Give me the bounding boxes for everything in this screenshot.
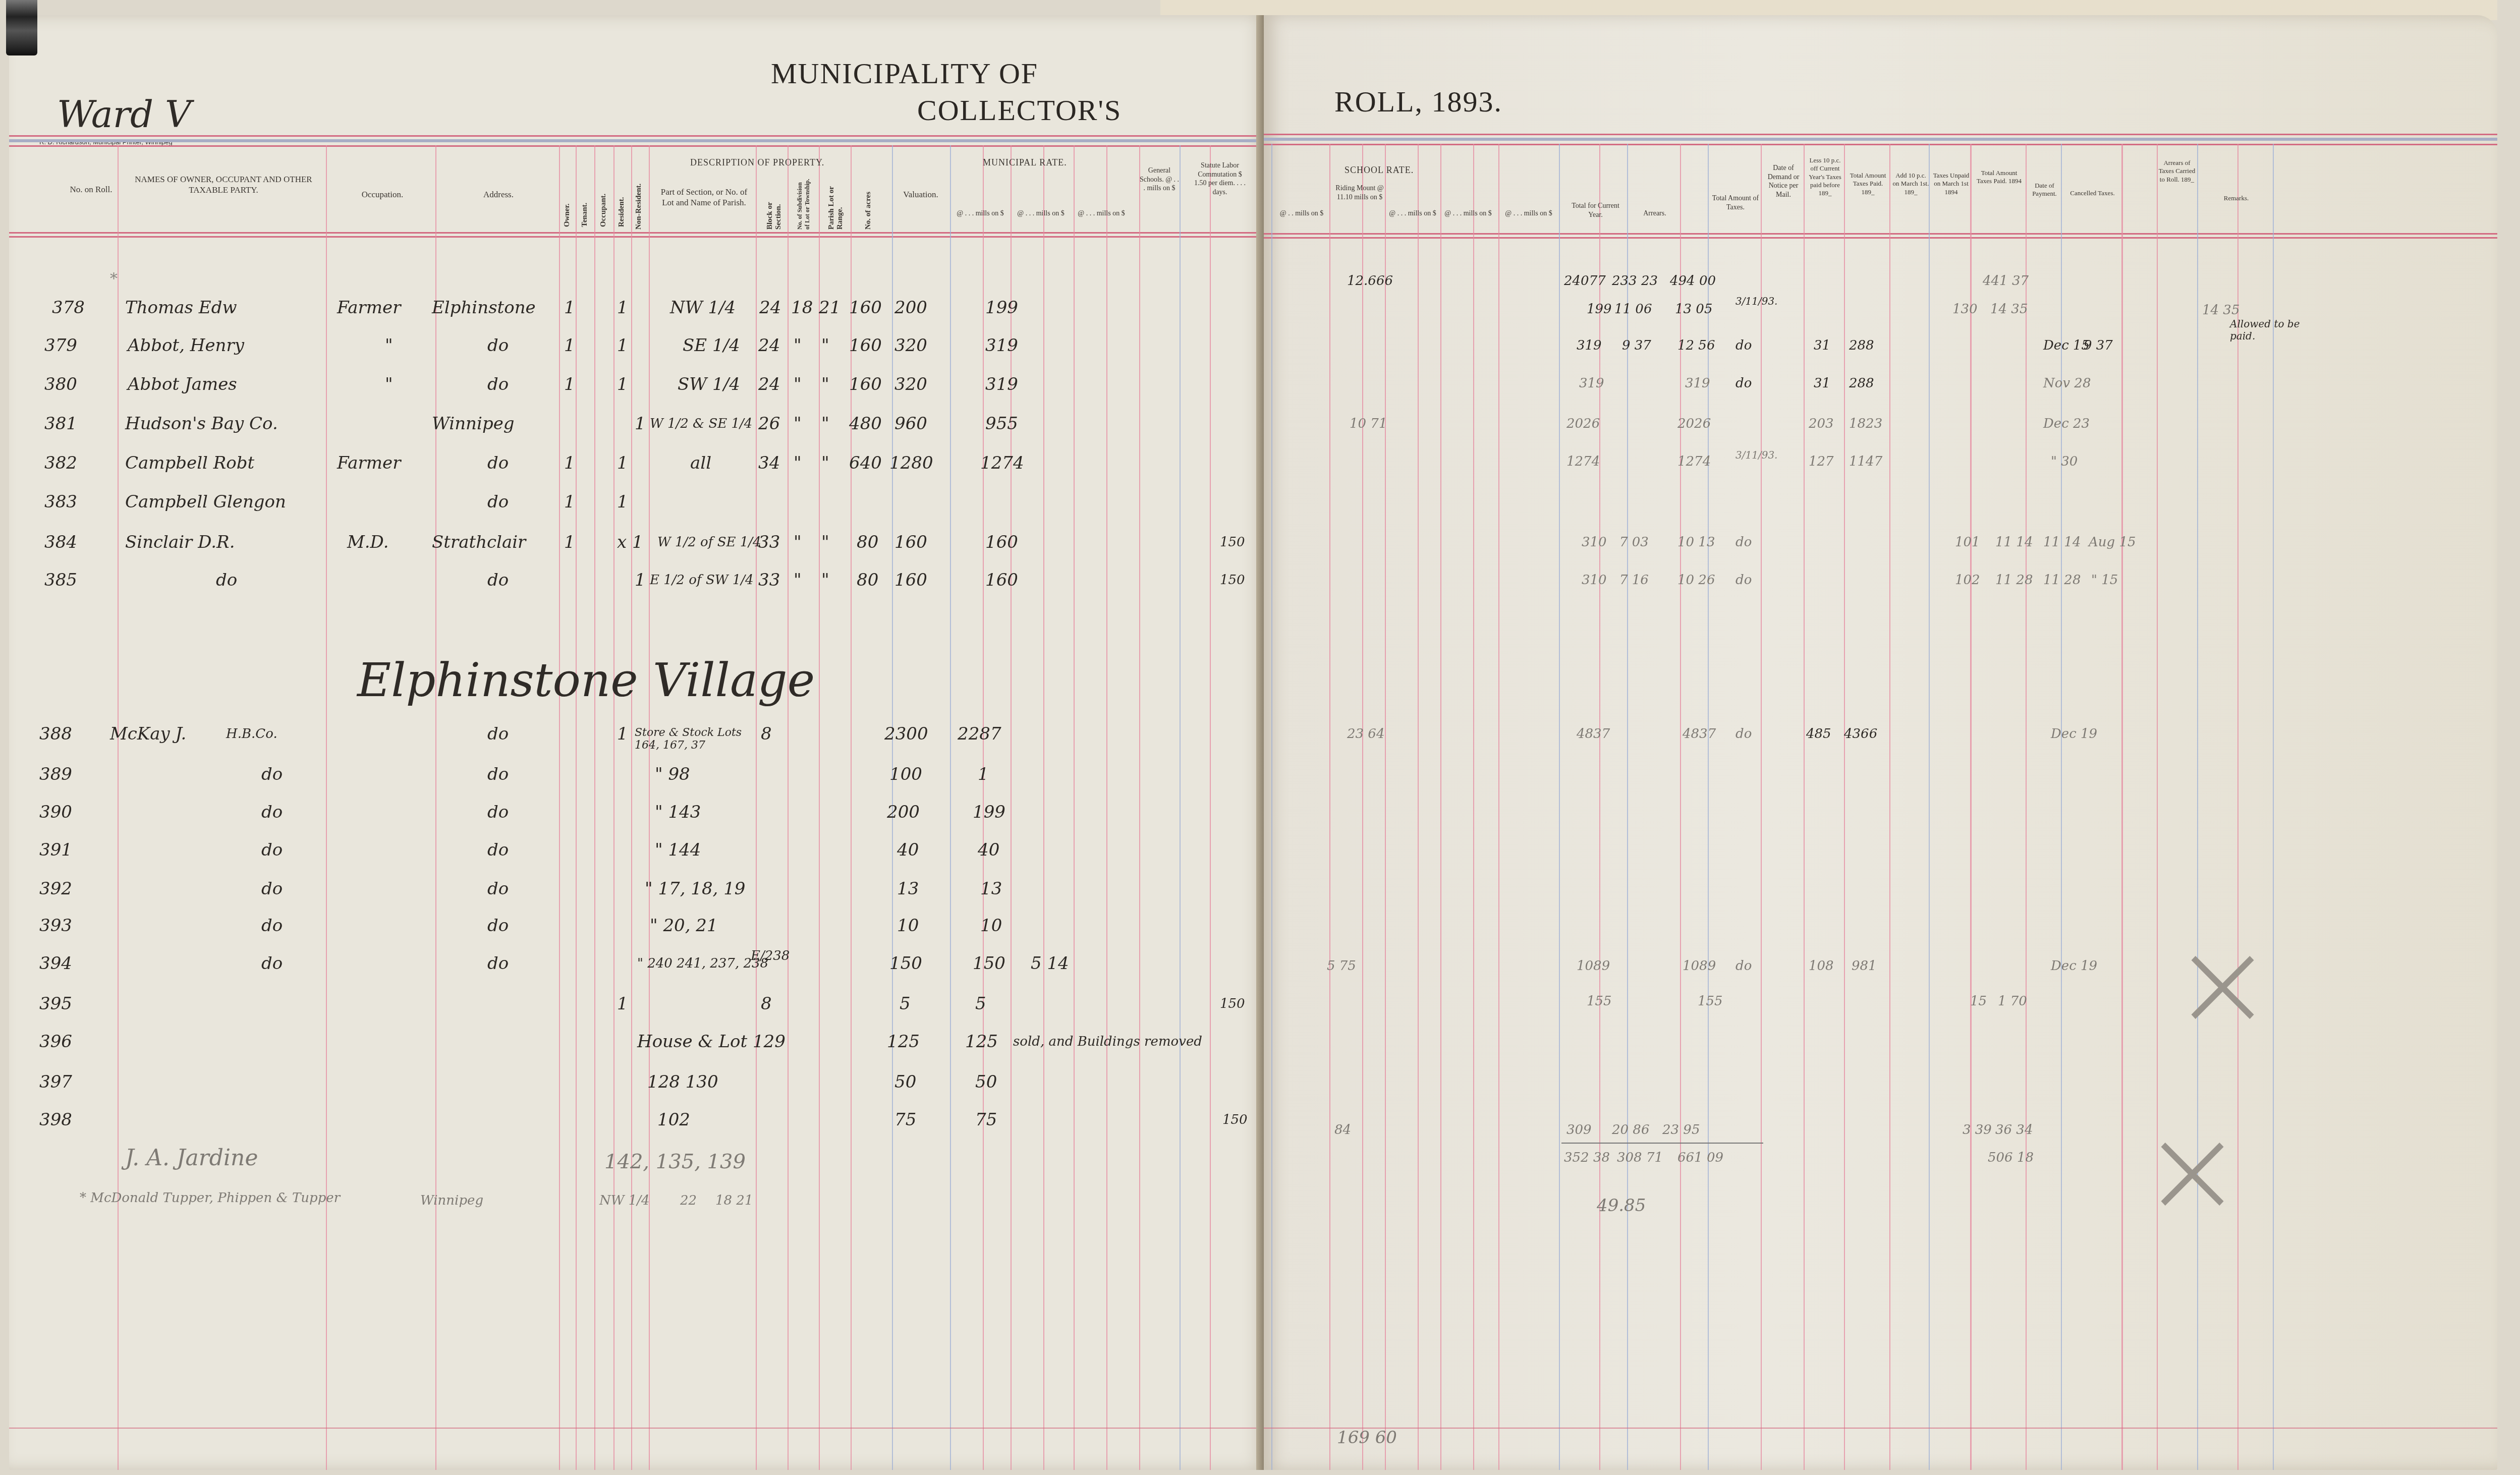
col-arrears: Arrears. [1630,209,1680,218]
col-remarks: Remarks. [2200,194,2273,202]
row-occupation: Farmer [337,298,401,318]
row-unpaid-b: 36 34 [1995,1122,2033,1138]
row-total-current: 4837 [1577,726,1610,742]
row-muni: 955 [985,414,1018,434]
row-total-taxes: 319 [1685,376,1710,391]
row-address: do [487,953,509,974]
col-tenant: Tenant. [581,177,589,227]
col-statute-labor: Statute Labor Commutation $ 1.50 per die… [1192,161,1248,197]
row-school-rate: 23 64 [1347,726,1384,742]
row-demand: do [1735,338,1752,353]
row-occupation: do [261,953,283,974]
row-muni: 13 [980,879,1002,899]
row-part: W 1/2 of SE 1/4 [657,535,761,550]
right-column-grid [1264,144,2497,1470]
row-address: do [487,492,509,512]
row-demand: 3/11/93. [1735,449,1777,461]
row-less: 203 [1809,416,1834,431]
row-address: do [487,453,509,473]
row-muni: 160 [985,570,1018,590]
row-valuation: 160 [894,532,927,552]
row-owner: 1 [564,492,575,512]
row-total-taxes: 494 00 [1670,273,1716,289]
row-block: 34 [758,453,780,473]
bottom-rule [1264,1428,2497,1429]
row-owner: 1 [564,453,575,473]
row-address: Strathclair [432,532,526,552]
row-acres: 160 [849,335,882,356]
ward-label: Ward V [57,93,191,136]
row-demand: do [1735,573,1752,588]
row-no: 396 [39,1032,72,1052]
col-occupation: Occupation. [337,189,428,200]
row-valuation: 150 [889,953,922,974]
pencil-footnote-address: Winnipeg [420,1193,483,1208]
row-muni: 319 [985,335,1018,356]
row-total-paid: 11 28 [2043,573,2081,588]
row-arrears: 11 06 [1614,302,1652,317]
row-total-taxes: 2026 [1677,416,1711,431]
row-part: 128 130 [647,1072,718,1092]
row-total-taxes: 23 95 [1662,1122,1700,1138]
row-sub: " [794,570,802,590]
row-no: 397 [39,1072,72,1092]
row-no: 383 [44,492,77,512]
pencil-name-note: J. A. Jardine [125,1145,258,1171]
row-part: all [690,453,711,473]
row-address: do [487,840,509,860]
row-demand: do [1735,376,1752,391]
row-name: Hudson's Bay Co. [125,414,278,434]
row-name: Campbell Glengon [125,492,286,512]
col-date-of-demand: Date of Demand or Notice per Mail. [1763,164,1804,199]
row-part: W 1/2 & SE 1/4 [650,416,752,431]
row-block: 33 [758,532,780,552]
row-unpaid: 441 37 [1983,273,2029,289]
col-total-current-year: Total for Current Year. [1564,202,1627,219]
row-no: 388 [39,724,72,744]
row-total-current: 310 [1582,535,1607,550]
row-no: 384 [44,532,77,552]
row-no: 382 [44,453,77,473]
row-date-payment: Dec 15 [2043,338,2090,353]
row-no: 392 [39,879,72,899]
row-occupation: do [261,916,283,936]
bottom-rule [9,1428,1266,1429]
col-taxes-unpaid: Taxes Unpaid on March 1st 1894 [1932,172,1970,196]
row-muni: 199 [973,802,1005,822]
row-paid: 288 [1849,338,1874,353]
row-muni: 75 [975,1110,997,1130]
row-no: 378 [52,298,85,318]
row-total-current: 24077 [1564,273,1606,289]
row-address: do [487,570,509,590]
row-less: 108 [1809,958,1834,974]
row-sub: " [794,414,802,434]
row-resident: 1 [635,570,646,590]
row-part: " 17, 18, 19 [645,879,745,899]
row-muni: 2287 [958,724,1001,744]
row-total-current: 199 [1587,302,1612,317]
row-resident: 1 [635,414,646,434]
row-paid: 1147 [1849,454,1882,469]
row-less: 31 [1814,376,1830,391]
pencil-lot-note: 142, 135, 139 [604,1150,746,1173]
row-demand: do [1735,958,1752,974]
row-block: 24 [758,374,780,394]
row-occupation: Farmer [337,453,401,473]
pencil-footnote-block: 22 [680,1193,697,1208]
row-valuation: 960 [894,414,927,434]
row-muni: 50 [975,1072,997,1092]
row-demand: do [1735,726,1752,742]
col-block: Block or Section. [766,182,783,230]
total-unpaid: 506 18 [1988,1150,2034,1165]
title-collectors: COLLECTOR'S [917,93,1122,127]
row-occupation: M.D. [347,532,388,552]
row-valuation: 200 [887,802,920,822]
row-valuation: 5 [900,994,911,1014]
row-no: 394 [39,953,72,974]
row-total-taxes: 13 05 [1675,302,1712,317]
row-school-rate: 12.666 [1347,273,1393,289]
row-valuation: 200 [894,298,927,318]
row-statute: 150 [1220,996,1245,1011]
row-occupation: " [385,374,393,394]
row-total-taxes: 4837 [1683,726,1716,742]
row-muni: 10 [980,916,1002,936]
row-occupation: do [261,802,283,822]
row-total-current: 310 [1582,573,1607,588]
pencil-footnote-sub: 18 21 [715,1193,753,1208]
row-extra: 5 14 [1031,953,1069,974]
row-total-taxes: 1089 [1683,958,1716,974]
row-name: Campbell Robt [125,453,254,473]
section-description: DESCRIPTION OF PROPERTY. [690,157,824,168]
row-muni: 150 [973,953,1005,974]
total-arrears: 308 71 [1617,1150,1663,1165]
row-paid: 1823 [1849,416,1882,431]
row-address: Winnipeg [432,414,515,434]
row-resident: 1 [617,492,628,512]
col-address: Address. [448,189,549,200]
row-owner: 1 [564,374,575,394]
row-acres: 80 [857,570,878,590]
row-address: do [487,374,509,394]
row-muni: 199 [985,298,1018,318]
pencil-x-mark: × [2172,913,2273,1054]
col-muni-rate-3: @ . . . mills on $ [1076,209,1127,218]
total-taxes: 661 09 [1677,1150,1723,1165]
row-unpaid: 1 70 [1998,994,2027,1009]
col-total-amount-taxes-paid: Total Amount Taxes Paid. 1894 [1975,169,2023,186]
col-total-amount-paid: Total Amount Taxes Paid. 189_ [1846,172,1889,196]
col-arrears-carried: Arrears of Taxes Carried to Roll. 189_ [2157,159,2197,184]
row-part: House & Lot 129 [637,1032,786,1052]
row-total-current: 309 [1566,1122,1592,1138]
row-remarks: Allowed to be paid. [2230,318,2321,342]
row-part: SE 1/4 [683,335,740,356]
row-range: " [821,374,829,394]
header-rule-top [9,135,1266,137]
row-block: 8 [761,724,772,744]
section-school-rate: SCHOOL RATE. [1345,165,1414,176]
col-subdivision: No. of Subdivision of Lot or Township. [796,177,811,230]
col-total-amount-taxes: Total Amount of Taxes. [1710,194,1761,212]
row-arrears: 20 86 [1612,1122,1649,1138]
row-sub: " [794,374,802,394]
col-muni-rate-1: @ . . . mills on $ [955,209,1005,218]
row-note: sold, and Buildings removed [1013,1034,1202,1049]
row-name: Abbot, Henry [128,335,244,356]
row-total-current: 2026 [1566,416,1600,431]
row-valuation: 2300 [884,724,928,744]
row-valuation: 75 [894,1110,916,1130]
row-arrears: 233 23 [1612,273,1658,289]
col-parish-lot: Parish Lot or Range. [827,177,845,230]
row-arrears: 7 16 [1619,573,1649,588]
row-unpaid: 14 35 [1990,302,2028,317]
row-acres: 160 [849,298,882,318]
row-total-paid: 11 14 [2043,535,2081,550]
row-less: 127 [1809,454,1834,469]
total-current: 352 38 [1564,1150,1610,1165]
row-part: SW 1/4 [678,374,740,394]
row-paid: 4366 [1844,726,1877,742]
row-no: 379 [44,335,77,356]
row-no: 389 [39,764,72,784]
row-block: 8 [761,994,772,1014]
row-date-payment: Dec 19 [2051,726,2097,742]
row-part: 102 [657,1110,690,1130]
row-occupation: " [385,335,393,356]
row-sub: " [794,532,802,552]
col-less-10pc: Less 10 p.c. off Current Year's Taxes pa… [1806,156,1844,197]
row-muni: 319 [985,374,1018,394]
section-municipal-rate: MUNICIPAL RATE. [983,157,1067,168]
row-valuation: 1280 [889,453,933,473]
row-no: 390 [39,802,72,822]
row-name: do [216,570,237,590]
row-owner: 1 [564,335,575,356]
row-address: do [487,335,509,356]
row-paid: 981 [1852,958,1877,974]
row-no: 381 [44,414,77,434]
row-range: " [821,414,829,434]
pencil-footnote: * McDonald Tupper, Phippen & Tupper [80,1190,340,1206]
row-range: " [821,453,829,473]
row-part: " 143 [655,802,701,822]
row-unpaid-a: 3 39 [1963,1122,1992,1138]
row-resident: x 1 [617,532,643,552]
total-note: 49.85 [1597,1196,1646,1216]
row-part: " 98 [655,764,690,784]
header-rule-blue [9,139,1266,142]
row-address: Elphinstone [432,298,536,318]
row-address: do [487,802,509,822]
row-acres: 160 [849,374,882,394]
row-no: 398 [39,1110,72,1130]
row-total-taxes: 155 [1698,994,1723,1009]
row-no: 385 [44,570,77,590]
page-bottom-total: 169 60 [1337,1428,1397,1448]
row-valuation: 160 [894,570,927,590]
row-muni: 40 [978,840,999,860]
row-resident: 1 [617,374,628,394]
row-cancelled: 9 37 [2084,338,2113,353]
row-occupation: H.B.Co. [226,726,277,742]
col-general-schools: General Schools. @ . . . mills on $ [1139,166,1180,193]
col-names: NAMES OF OWNER, OCCUPANT AND OTHER TAXAB… [130,174,317,196]
col-cancelled-taxes: Cancelled Taxes. [2063,189,2121,197]
col-occupant: Occupant. [599,177,608,227]
row-total-current: 1089 [1577,958,1610,974]
col-owner: Owner. [563,177,572,227]
row-total-current: 319 [1577,338,1602,353]
row-no: 391 [39,840,72,860]
row-resident: 1 [617,298,628,318]
row-range: 21 [819,298,841,318]
header-rule-blue [1264,138,2497,141]
row-school-rate: 5 75 [1327,958,1356,974]
row-resident: 1 [617,724,628,744]
row-acres: 480 [849,414,882,434]
row-demand: 3/11/93. [1735,295,1777,307]
row-valuation: 320 [894,335,927,356]
row-less: 31 [1814,338,1830,353]
row-muni: 160 [985,532,1018,552]
row-statute: 150 [1222,1112,1248,1127]
row-occupation: do [261,764,283,784]
row-arrears: 9 37 [1622,338,1651,353]
title-municipality: MUNICIPALITY OF [771,56,1038,90]
row-name: McKay J. [110,724,186,744]
row-part: Store & Stock Lots 164, 167, 37 [635,726,751,752]
row-school-rate: 84 [1334,1122,1351,1138]
row-owner: 1 [564,532,575,552]
row-add: 101 [1955,535,1980,550]
row-block: E/238 [751,948,790,963]
row-owner: 1 [564,298,575,318]
row-valuation: 320 [894,374,927,394]
row-address: do [487,724,509,744]
col-resident: Resident. [618,177,626,227]
row-occupation: do [261,840,283,860]
row-total-taxes: 1274 [1677,454,1711,469]
row-block: 24 [759,298,781,318]
col-school-rate-5: @ . . . mills on $ [1501,209,1556,218]
row-no: 395 [39,994,72,1014]
row-unpaid: 11 28 [1995,573,2033,588]
row-add: 15 [1970,994,1987,1009]
col-no-on-roll: No. on Roll. [67,184,115,195]
row-add: 130 [1952,302,1978,317]
row-resident: 1 [617,994,628,1014]
col-non-resident: Non-Resident. [635,161,643,230]
row-part: E 1/2 of SW 1/4 [650,573,754,588]
row-range: " [821,570,829,590]
right-page: Strathclair ROLL, 1893. SCHOOL RATE. @ [1264,15,2497,1470]
row-valuation: 13 [897,879,919,899]
col-school-rate-1: @ . . mills on $ [1274,209,1329,218]
row-school-rate: 10 71 [1350,416,1387,431]
row-sub: " [794,335,802,356]
row-address: do [487,916,509,936]
left-page: Ward V MUNICIPALITY OF COLLECTOR'S R. D.… [9,15,1266,1470]
col-date-of-payment: Date of Payment. [2028,182,2061,198]
row-part: " 20, 21 [650,916,718,936]
binder-clip [6,0,37,55]
col-add-10pc: Add 10 p.c. on March 1st. 189_ [1892,172,1930,196]
row-resident: 1 [617,453,628,473]
col-part-of-section: Part of Section, or No. of Lot and Name … [657,187,751,208]
col-acres: No. of acres [864,172,873,230]
row-statute: 150 [1220,535,1245,550]
row-total-current: 319 [1579,376,1604,391]
row-no: 380 [44,374,77,394]
row-part: " 144 [655,840,701,860]
row-date-payment: Dec 19 [2051,958,2097,974]
col-school-rate-riding-mount: Riding Mount @ 11.10 mills on $ [1334,184,1385,202]
header-rule-top [1264,134,2497,135]
row-muni: 1 [978,764,989,784]
row-address: do [487,879,509,899]
row-part: NW 1/4 [670,298,736,318]
row-date-payment: Nov 28 [2043,376,2091,391]
col-school-rate-3: @ . . . mills on $ [1387,209,1438,218]
pencil-x-mark: × [2142,1100,2243,1241]
title-roll-year: ROLL, 1893. [1334,85,1502,119]
row-muni: 5 [975,994,986,1014]
row-valuation: 50 [894,1072,916,1092]
row-statute: 150 [1220,573,1245,588]
row-valuation: 40 [897,840,919,860]
row-valuation: 125 [887,1032,920,1052]
pencil-footnote-part: NW 1/4 [599,1193,650,1208]
row-date-payment: " 30 [2051,454,2078,469]
row-paid: 288 [1849,376,1874,391]
col-valuation: Valuation. [893,189,948,200]
row-unpaid: 11 14 [1995,535,2033,550]
row-muni: 1274 [980,453,1024,473]
row-total-current: 155 [1587,994,1612,1009]
row-no: 393 [39,916,72,936]
row-sub: 18 [791,298,813,318]
row-name: Thomas Edw [125,298,237,318]
row-muni: 125 [965,1032,998,1052]
row-carried: 14 35 [2202,303,2239,318]
row-name: Abbot James [128,374,237,394]
row-arrears: 7 03 [1619,535,1649,550]
row-date-payment: Aug 15 [2089,535,2136,550]
row-less: 485 [1806,726,1831,742]
row-valuation: 10 [897,916,919,936]
col-school-rate-4: @ . . . mills on $ [1443,209,1493,218]
col-muni-rate-2: @ . . . mills on $ [1016,209,1066,218]
totals-underline [1561,1143,1763,1144]
row-total-taxes: 12 56 [1677,338,1715,353]
row-sub: " [794,453,802,473]
row-block: 24 [758,335,780,356]
row-block: 33 [758,570,780,590]
row-total-taxes: 10 13 [1677,535,1715,550]
row-total-taxes: 10 26 [1677,573,1715,588]
row-acres: 640 [849,453,882,473]
row-total-current: 1274 [1566,454,1600,469]
row-block: 26 [758,414,780,434]
row-range: " [821,532,829,552]
row-name: Sinclair D.R. [125,532,235,552]
